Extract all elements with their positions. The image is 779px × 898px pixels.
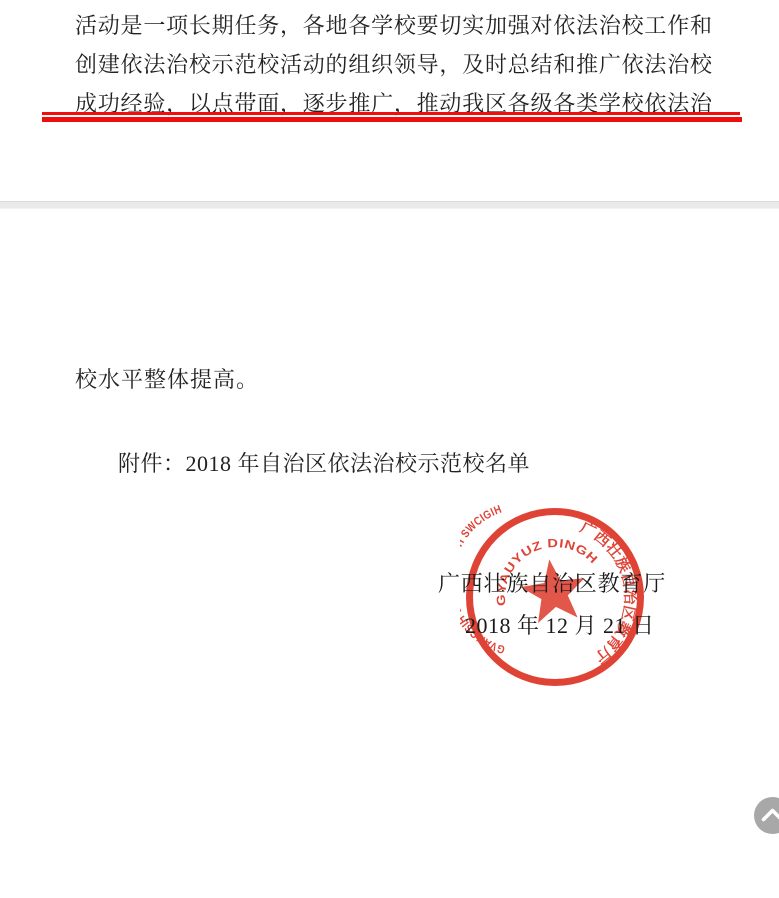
page-separator [0,201,779,209]
paragraph-line: 创建依法治校示范校活动的组织领导，及时总结和推广依法治校 [75,45,712,84]
official-seal: GVANGSIH BOUXCUENGH SWCIGIH 广西壮族自治区教育厅 G… [460,500,652,696]
continuation-text: 校水平整体提高。 [75,363,259,394]
red-underline-bottom [42,117,742,123]
document-viewer: { "document": { "paragraph_lines": [ "活动… [0,0,779,898]
issuer-name: 广西壮族自治区教育厅 [438,567,666,598]
scroll-to-top-button[interactable] [754,797,779,834]
paragraph-line: 活动是一项长期任务，各地各学校要切实加强对依法治校工作和 [75,6,712,45]
chevron-up-icon [754,797,779,834]
attachment-line: 附件：2018 年自治区依法治校示范校名单 [118,447,530,478]
red-underline-top [42,112,740,115]
issue-date: 2018 年 12 月 21 日 [465,609,655,640]
document-paragraph: 活动是一项长期任务，各地各学校要切实加强对依法治校工作和 创建依法治校示范校活动… [75,6,712,123]
